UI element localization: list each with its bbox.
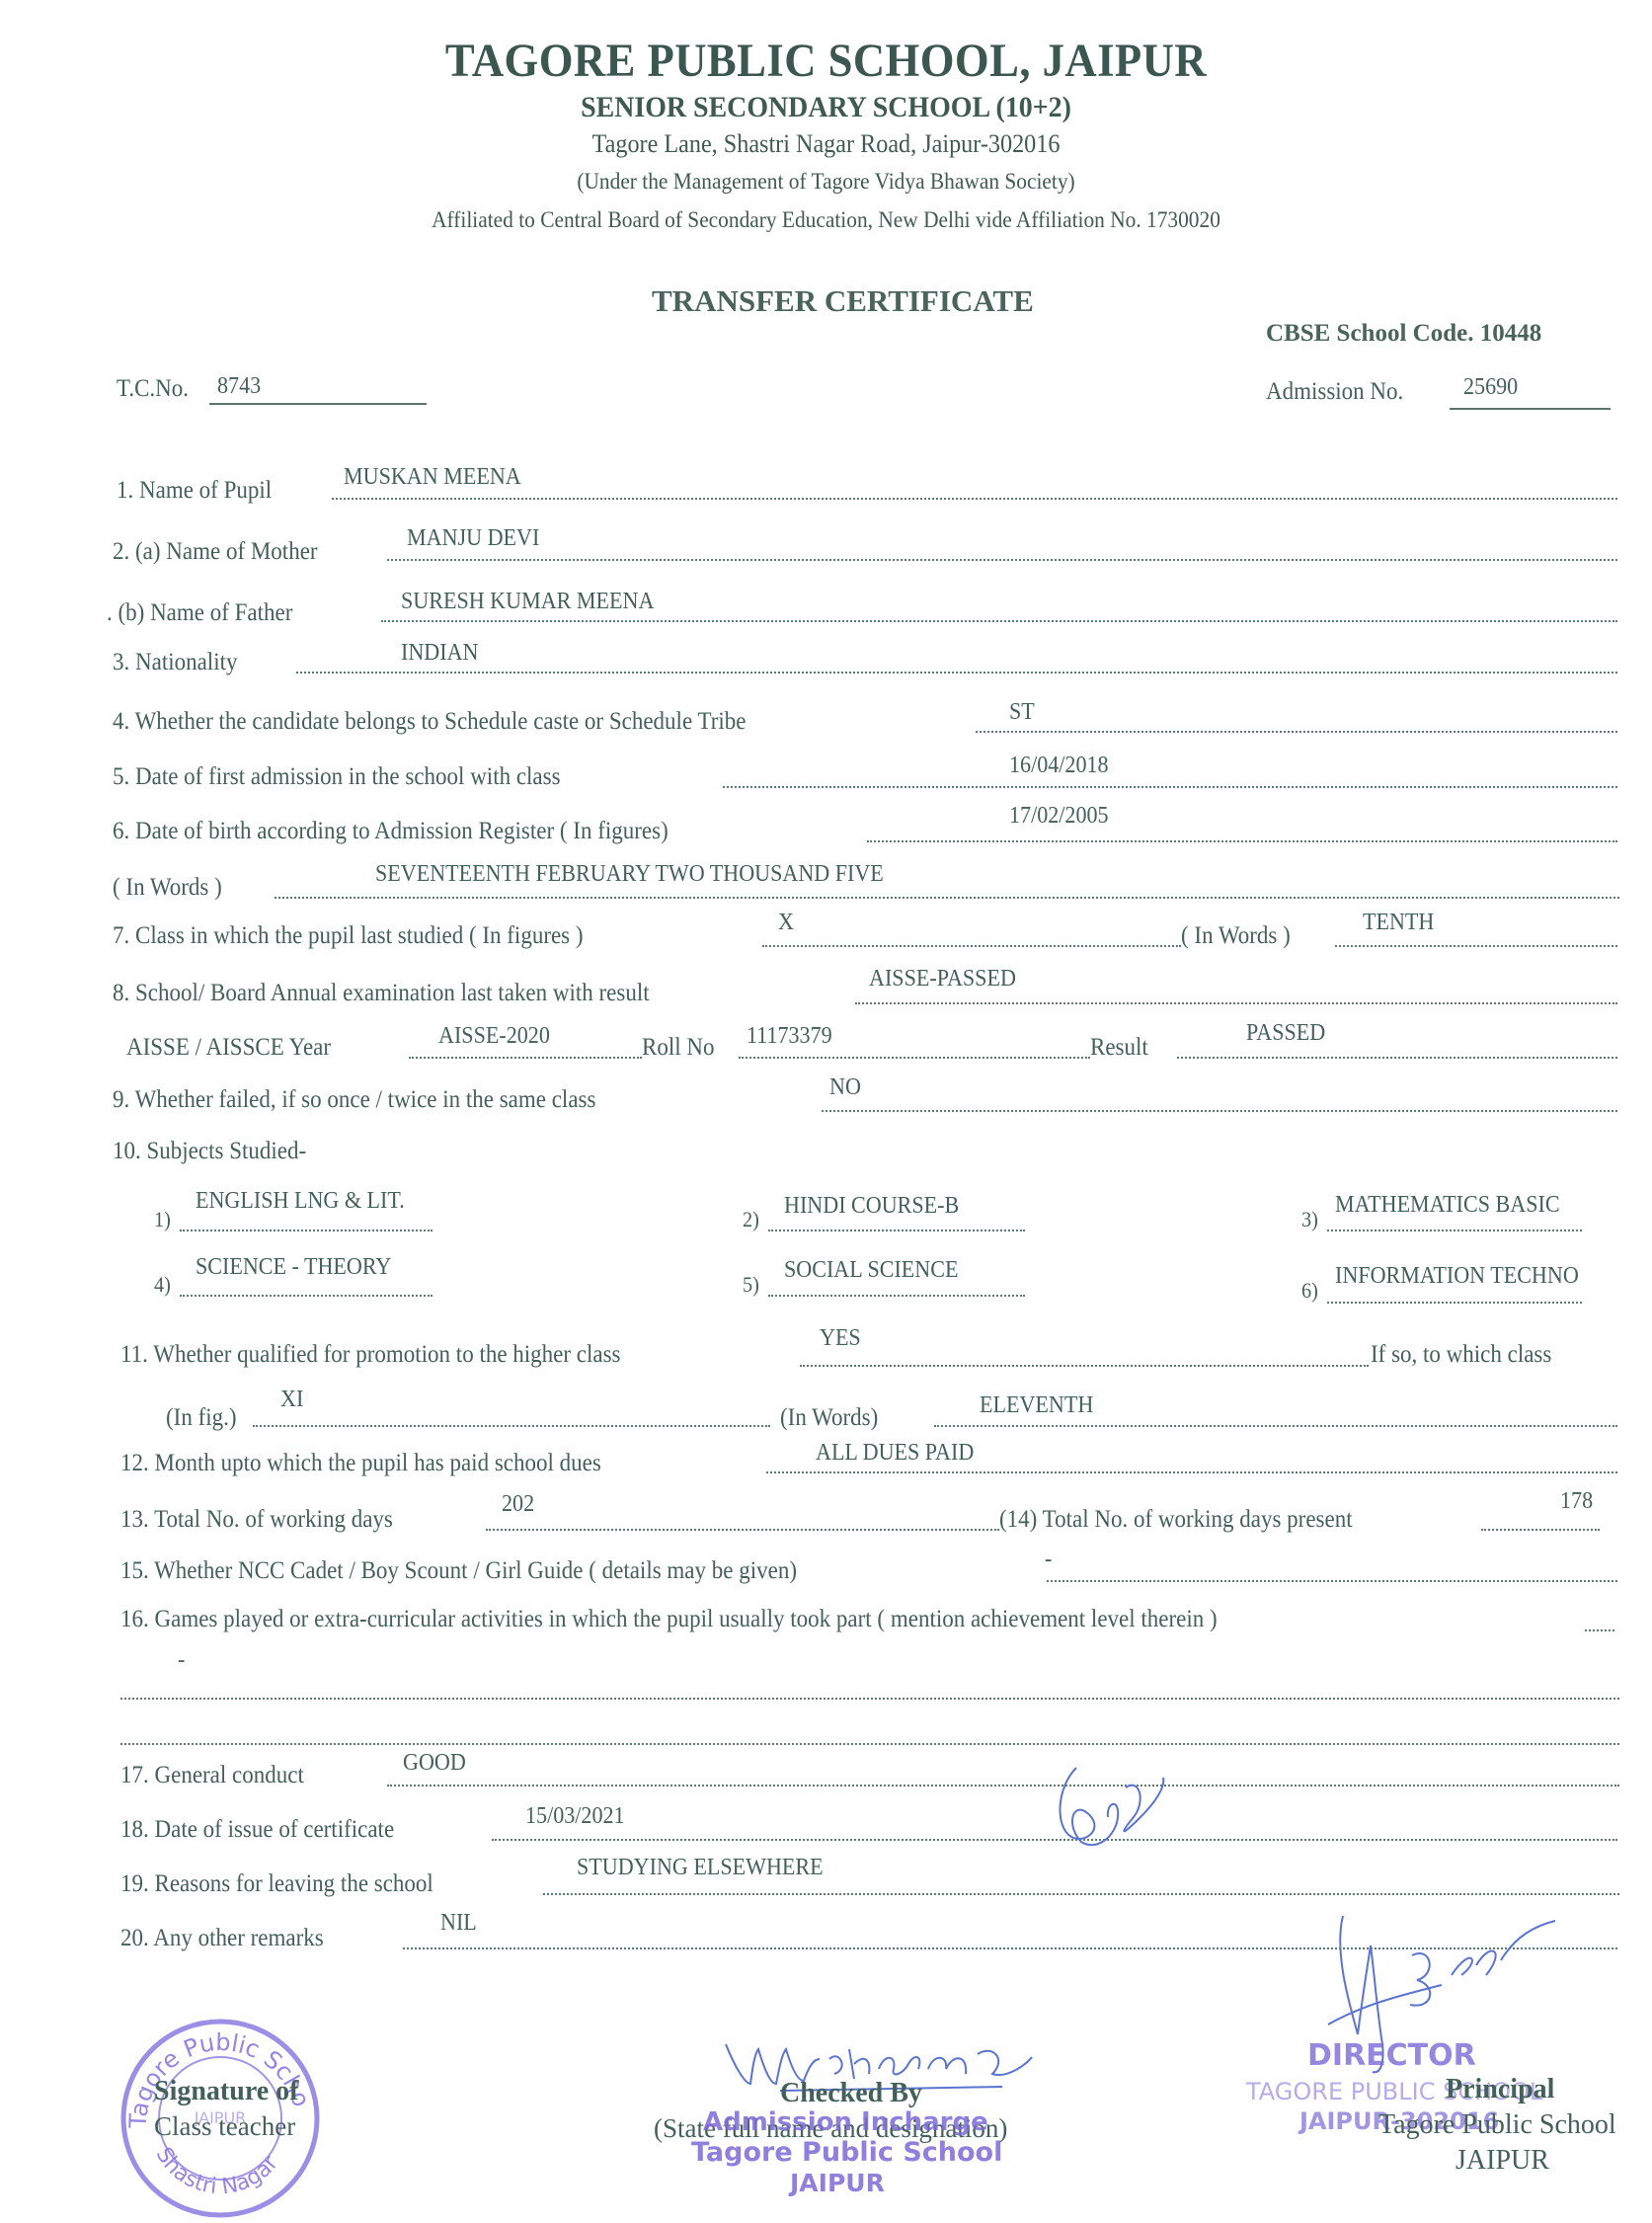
field-5-value: 16/04/2018: [1009, 753, 1109, 779]
dotted-line: [800, 1365, 1369, 1367]
field-8b-result-value: PASSED: [1246, 1020, 1325, 1047]
subject-1-name: ENGLISH LNG & LIT.: [196, 1188, 405, 1215]
checked-by-label: Checked By: [780, 2078, 922, 2109]
field-18-value: 15/03/2021: [525, 1803, 625, 1830]
field-14-label: (14) Total No. of working days present: [999, 1506, 1353, 1534]
subject-5-name: SOCIAL SCIENCE: [784, 1257, 958, 1284]
principal-city: JAIPUR: [1455, 2145, 1549, 2177]
dotted-line: [739, 1057, 1090, 1059]
principal-label: Principal: [1446, 2074, 1554, 2105]
field-12-value: ALL DUES PAID: [816, 1440, 974, 1467]
dotted-line: [387, 1785, 1619, 1786]
dotted-line: [1335, 945, 1617, 947]
dotted-line: [1327, 1230, 1582, 1231]
subject-4-name: SCIENCE - THEORY: [196, 1254, 391, 1281]
field-17-value: GOOD: [403, 1750, 466, 1777]
class-teacher-sign-line2: Class teacher: [154, 2111, 295, 2142]
field-16-label: 16. Games played or extra-curricular act…: [120, 1606, 1218, 1633]
field-2b-value: SURESH KUMAR MEENA: [401, 589, 654, 615]
admission-no-label: Admission No.: [1266, 378, 1403, 406]
field-7-words-value: TENTH: [1363, 910, 1434, 936]
field-8b-year-label: AISSE / AISSCE Year: [126, 1034, 331, 1062]
dotted-line: [180, 1230, 433, 1231]
field-8b-result-label: Result: [1090, 1034, 1148, 1062]
field-6-value: 17/02/2005: [1009, 803, 1109, 830]
dotted-line: [387, 559, 1617, 561]
tc-no-label: T.C.No.: [117, 375, 189, 403]
school-name: TAGORE PUBLIC SCHOOL, JAIPUR: [58, 34, 1595, 88]
dotted-line: [762, 945, 1181, 947]
dotted-line: [934, 1425, 1617, 1427]
field-11-value: YES: [820, 1325, 861, 1352]
field-13-value: 202: [502, 1491, 534, 1518]
field-8b-roll-label: Roll No: [642, 1034, 714, 1062]
subject-3-num: 3): [1301, 1207, 1318, 1232]
dotted-line: [976, 731, 1617, 733]
admission-incharge-stamp-line3: JAIPUR: [790, 2169, 885, 2197]
field-7-value: X: [778, 910, 794, 936]
dotted-line: [381, 620, 1617, 622]
field-11-words-value: ELEVENTH: [980, 1392, 1093, 1419]
field-20-label: 20. Any other remarks: [120, 1925, 324, 1952]
field-3-value: INDIAN: [401, 640, 478, 667]
field-13-label: 13. Total No. of working days: [120, 1506, 393, 1534]
admission-incharge-stamp-line1: Admission Incharge: [703, 2107, 988, 2137]
field-16-value: -: [178, 1647, 185, 1674]
field-6-label: 6. Date of birth according to Admission …: [113, 818, 669, 845]
school-address: Tagore Lane, Shastri Nagar Road, Jaipur-…: [58, 129, 1595, 159]
field-19-label: 19. Reasons for leaving the school: [120, 1870, 433, 1898]
dotted-line: [296, 672, 1617, 674]
cbse-school-code: CBSE School Code. 10448: [1266, 320, 1541, 348]
field-6-words-value: SEVENTEENTH FEBRUARY TWO THOUSAND FIVE: [375, 861, 884, 888]
document-title: TRANSFER CERTIFICATE: [652, 283, 1034, 319]
school-affiliation: Affiliated to Central Board of Secondary…: [58, 207, 1595, 233]
principal-school: Tagore Public School: [1378, 2109, 1616, 2141]
field-8-label: 8. School/ Board Annual examination last…: [113, 980, 650, 1007]
subject-5-num: 5): [743, 1272, 759, 1298]
field-1-value: MUSKAN MEENA: [344, 464, 521, 491]
dotted-line: [1327, 1302, 1582, 1304]
dotted-line: [1047, 1580, 1617, 1582]
dotted-line: [543, 1893, 1619, 1895]
dotted-line: [275, 897, 1619, 899]
field-5-label: 5. Date of first admission in the school…: [113, 763, 561, 791]
dotted-line: [1585, 1629, 1614, 1631]
field-15-value: -: [1045, 1547, 1052, 1573]
admission-no-value: 25690: [1463, 374, 1518, 401]
subject-1-num: 1): [154, 1207, 171, 1232]
dotted-line: [1481, 1529, 1600, 1531]
field-2b-label: . (b) Name of Father: [107, 599, 292, 627]
dotted-line: [253, 1425, 770, 1427]
subject-6-name: INFORMATION TECHNO: [1335, 1263, 1579, 1290]
field-11-fig-label: (In fig.): [166, 1404, 237, 1432]
field-11-fig-value: XI: [280, 1387, 303, 1413]
field-14-value: 178: [1560, 1488, 1593, 1515]
class-teacher-sign-line1: Signature of: [154, 2076, 299, 2107]
dotted-line: [766, 1471, 1617, 1473]
subject-2-name: HINDI COURSE-B: [784, 1193, 959, 1220]
dotted-line: [822, 1110, 1617, 1112]
subject-6-num: 6): [1301, 1278, 1318, 1304]
dotted-line: [855, 1002, 1617, 1004]
dotted-line: [120, 1698, 1619, 1700]
dotted-line: [723, 786, 1617, 788]
field-8b-year-value: AISSE-2020: [438, 1023, 550, 1050]
dotted-line: [768, 1295, 1025, 1297]
dotted-line: [1177, 1057, 1617, 1059]
admission-no-underline: [1450, 408, 1611, 410]
field-11-label: 11. Whether qualified for promotion to t…: [120, 1341, 621, 1369]
field-8b-roll-value: 11173379: [747, 1023, 832, 1050]
dotted-line: [120, 1743, 1619, 1745]
svg-text:Shastri Nagar: Shastri Nagar: [151, 2143, 284, 2199]
field-7-label: 7. Class in which the pupil last studied…: [113, 922, 584, 950]
dotted-line: [332, 498, 1617, 500]
field-2a-label: 2. (a) Name of Mother: [113, 538, 318, 566]
signature-class-teacher-initials: [1047, 1758, 1215, 1866]
field-9-value: NO: [829, 1074, 861, 1101]
field-4-value: ST: [1009, 699, 1035, 726]
dotted-line: [486, 1529, 999, 1531]
director-stamp-line1: DIRECTOR: [1307, 2038, 1476, 2073]
field-17-label: 17. General conduct: [120, 1762, 304, 1789]
field-3-label: 3. Nationality: [113, 649, 237, 676]
school-management: (Under the Management of Tagore Vidya Bh…: [58, 169, 1595, 195]
dotted-line: [768, 1230, 1025, 1231]
subject-3-name: MATHEMATICS BASIC: [1335, 1192, 1560, 1219]
tc-no-underline: [209, 403, 427, 405]
dotted-line: [867, 840, 1617, 842]
field-4-label: 4. Whether the candidate belongs to Sche…: [113, 708, 746, 736]
field-11-words-label: (In Words): [780, 1404, 878, 1432]
field-19-value: STUDYING ELSEWHERE: [577, 1855, 824, 1881]
field-11-suffix: If so, to which class: [1371, 1341, 1551, 1369]
field-15-label: 15. Whether NCC Cadet / Boy Scount / Gir…: [120, 1557, 797, 1585]
tc-no-value: 8743: [217, 373, 261, 400]
field-20-value: NIL: [440, 1910, 477, 1937]
field-2a-value: MANJU DEVI: [407, 525, 539, 552]
field-9-label: 9. Whether failed, if so once / twice in…: [113, 1086, 595, 1114]
field-7-words-label: ( In Words ): [1181, 922, 1291, 950]
school-type: SENIOR SECONDARY SCHOOL (10+2): [58, 91, 1595, 124]
field-6-words-label: ( In Words ): [113, 874, 222, 902]
field-12-label: 12. Month upto which the pupil has paid …: [120, 1450, 601, 1477]
field-1-label: 1. Name of Pupil: [117, 477, 272, 505]
field-8-value: AISSE-PASSED: [869, 966, 1016, 992]
subject-2-num: 2): [743, 1207, 759, 1232]
dotted-line: [409, 1057, 642, 1059]
dotted-line: [180, 1295, 433, 1297]
field-10-label: 10. Subjects Studied-: [113, 1138, 306, 1165]
admission-incharge-stamp-line2: Tagore Public School: [691, 2137, 1002, 2168]
subject-4-num: 4): [154, 1272, 171, 1298]
field-18-label: 18. Date of issue of certificate: [120, 1816, 394, 1844]
seal-bottom-text: Shastri Nagar: [151, 2143, 284, 2199]
